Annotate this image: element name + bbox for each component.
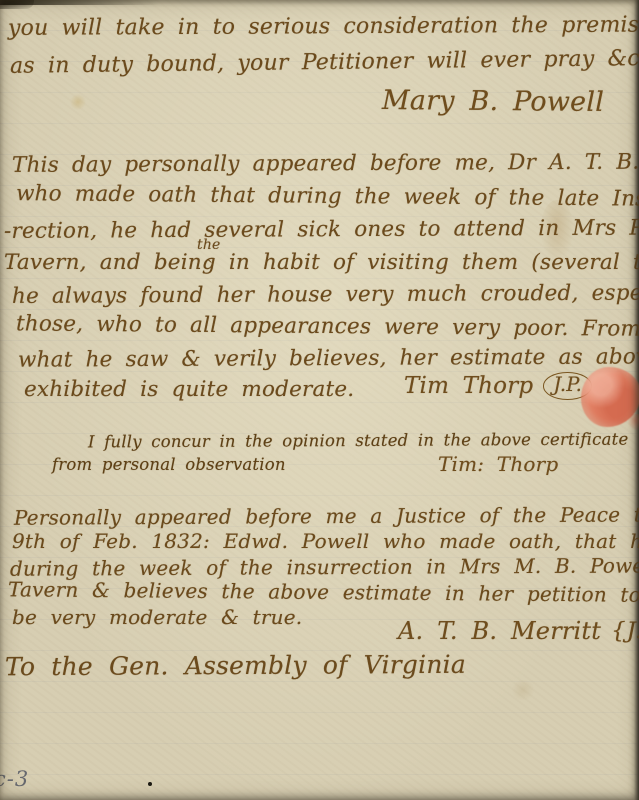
certificate-line: what he saw & verily believes, her estim… — [18, 344, 639, 372]
braced-jp-initials: {J.P.} — [611, 618, 639, 644]
oath-line: during the week of the insurrection in M… — [10, 553, 639, 580]
petition-closing-line-1: you will take in to serious consideratio… — [8, 12, 639, 41]
signature-name: A. T. B. Merritt — [398, 617, 601, 645]
certificate-line: he always found her house very much crou… — [12, 280, 639, 309]
ink-speck — [148, 782, 152, 786]
signature-atb-merritt-jp: A. T. B. Merritt {J.P.} — [398, 617, 639, 645]
certificate-line: exhibited is quite moderate. — [24, 377, 354, 402]
certificate-line: who made oath that during the week of th… — [16, 181, 639, 212]
oath-line: Tavern & believes the above estimate in … — [8, 577, 639, 607]
petition-closing-line-2: as in duty bound, your Petitioner will e… — [10, 46, 639, 79]
concurrence-line-1: I fully concur in the opinion stated in … — [88, 430, 628, 452]
signature-tim-thorp-jp: Tim Thorp J.P. — [404, 372, 592, 400]
paper-stain — [70, 94, 86, 110]
concurrence-line-2: from personal observation — [52, 455, 286, 474]
certificate-line: Tavern, and being in habit of visiting t… — [4, 250, 639, 275]
certificate-line: those, who to all appearances were very … — [16, 311, 639, 341]
certificate-line: This day personally appeared before me, … — [12, 149, 639, 178]
paper-stain — [510, 680, 536, 700]
document-page: you will take in to serious consideratio… — [0, 0, 639, 800]
signature-mary-b-powell: Mary B. Powell — [382, 85, 604, 118]
insertion-caret: ^ — [203, 257, 213, 271]
oath-line: Personally appeared before me a Justice … — [14, 502, 639, 529]
certificate-line: -rection, he had several sick ones to at… — [4, 215, 639, 244]
archival-pencil-mark: c-3 — [0, 767, 29, 791]
oath-line: be very moderate & true. — [12, 605, 302, 629]
scan-corner-shadow — [0, 0, 34, 9]
signature-tim-thorp: Tim: Thorp — [438, 452, 558, 476]
oath-line: 9th of Feb. 1832: Edwd. Powell who made … — [12, 529, 639, 553]
address-to-general-assembly: To the Gen. Assembly of Virginia — [5, 650, 466, 681]
signature-name: Tim Thorp — [404, 373, 533, 399]
inserted-word-the: the — [197, 237, 221, 253]
scanned-document-screenshot: { "document": { "kind": "Handwritten pet… — [0, 0, 639, 800]
seal-edge-bleed — [628, 414, 639, 430]
